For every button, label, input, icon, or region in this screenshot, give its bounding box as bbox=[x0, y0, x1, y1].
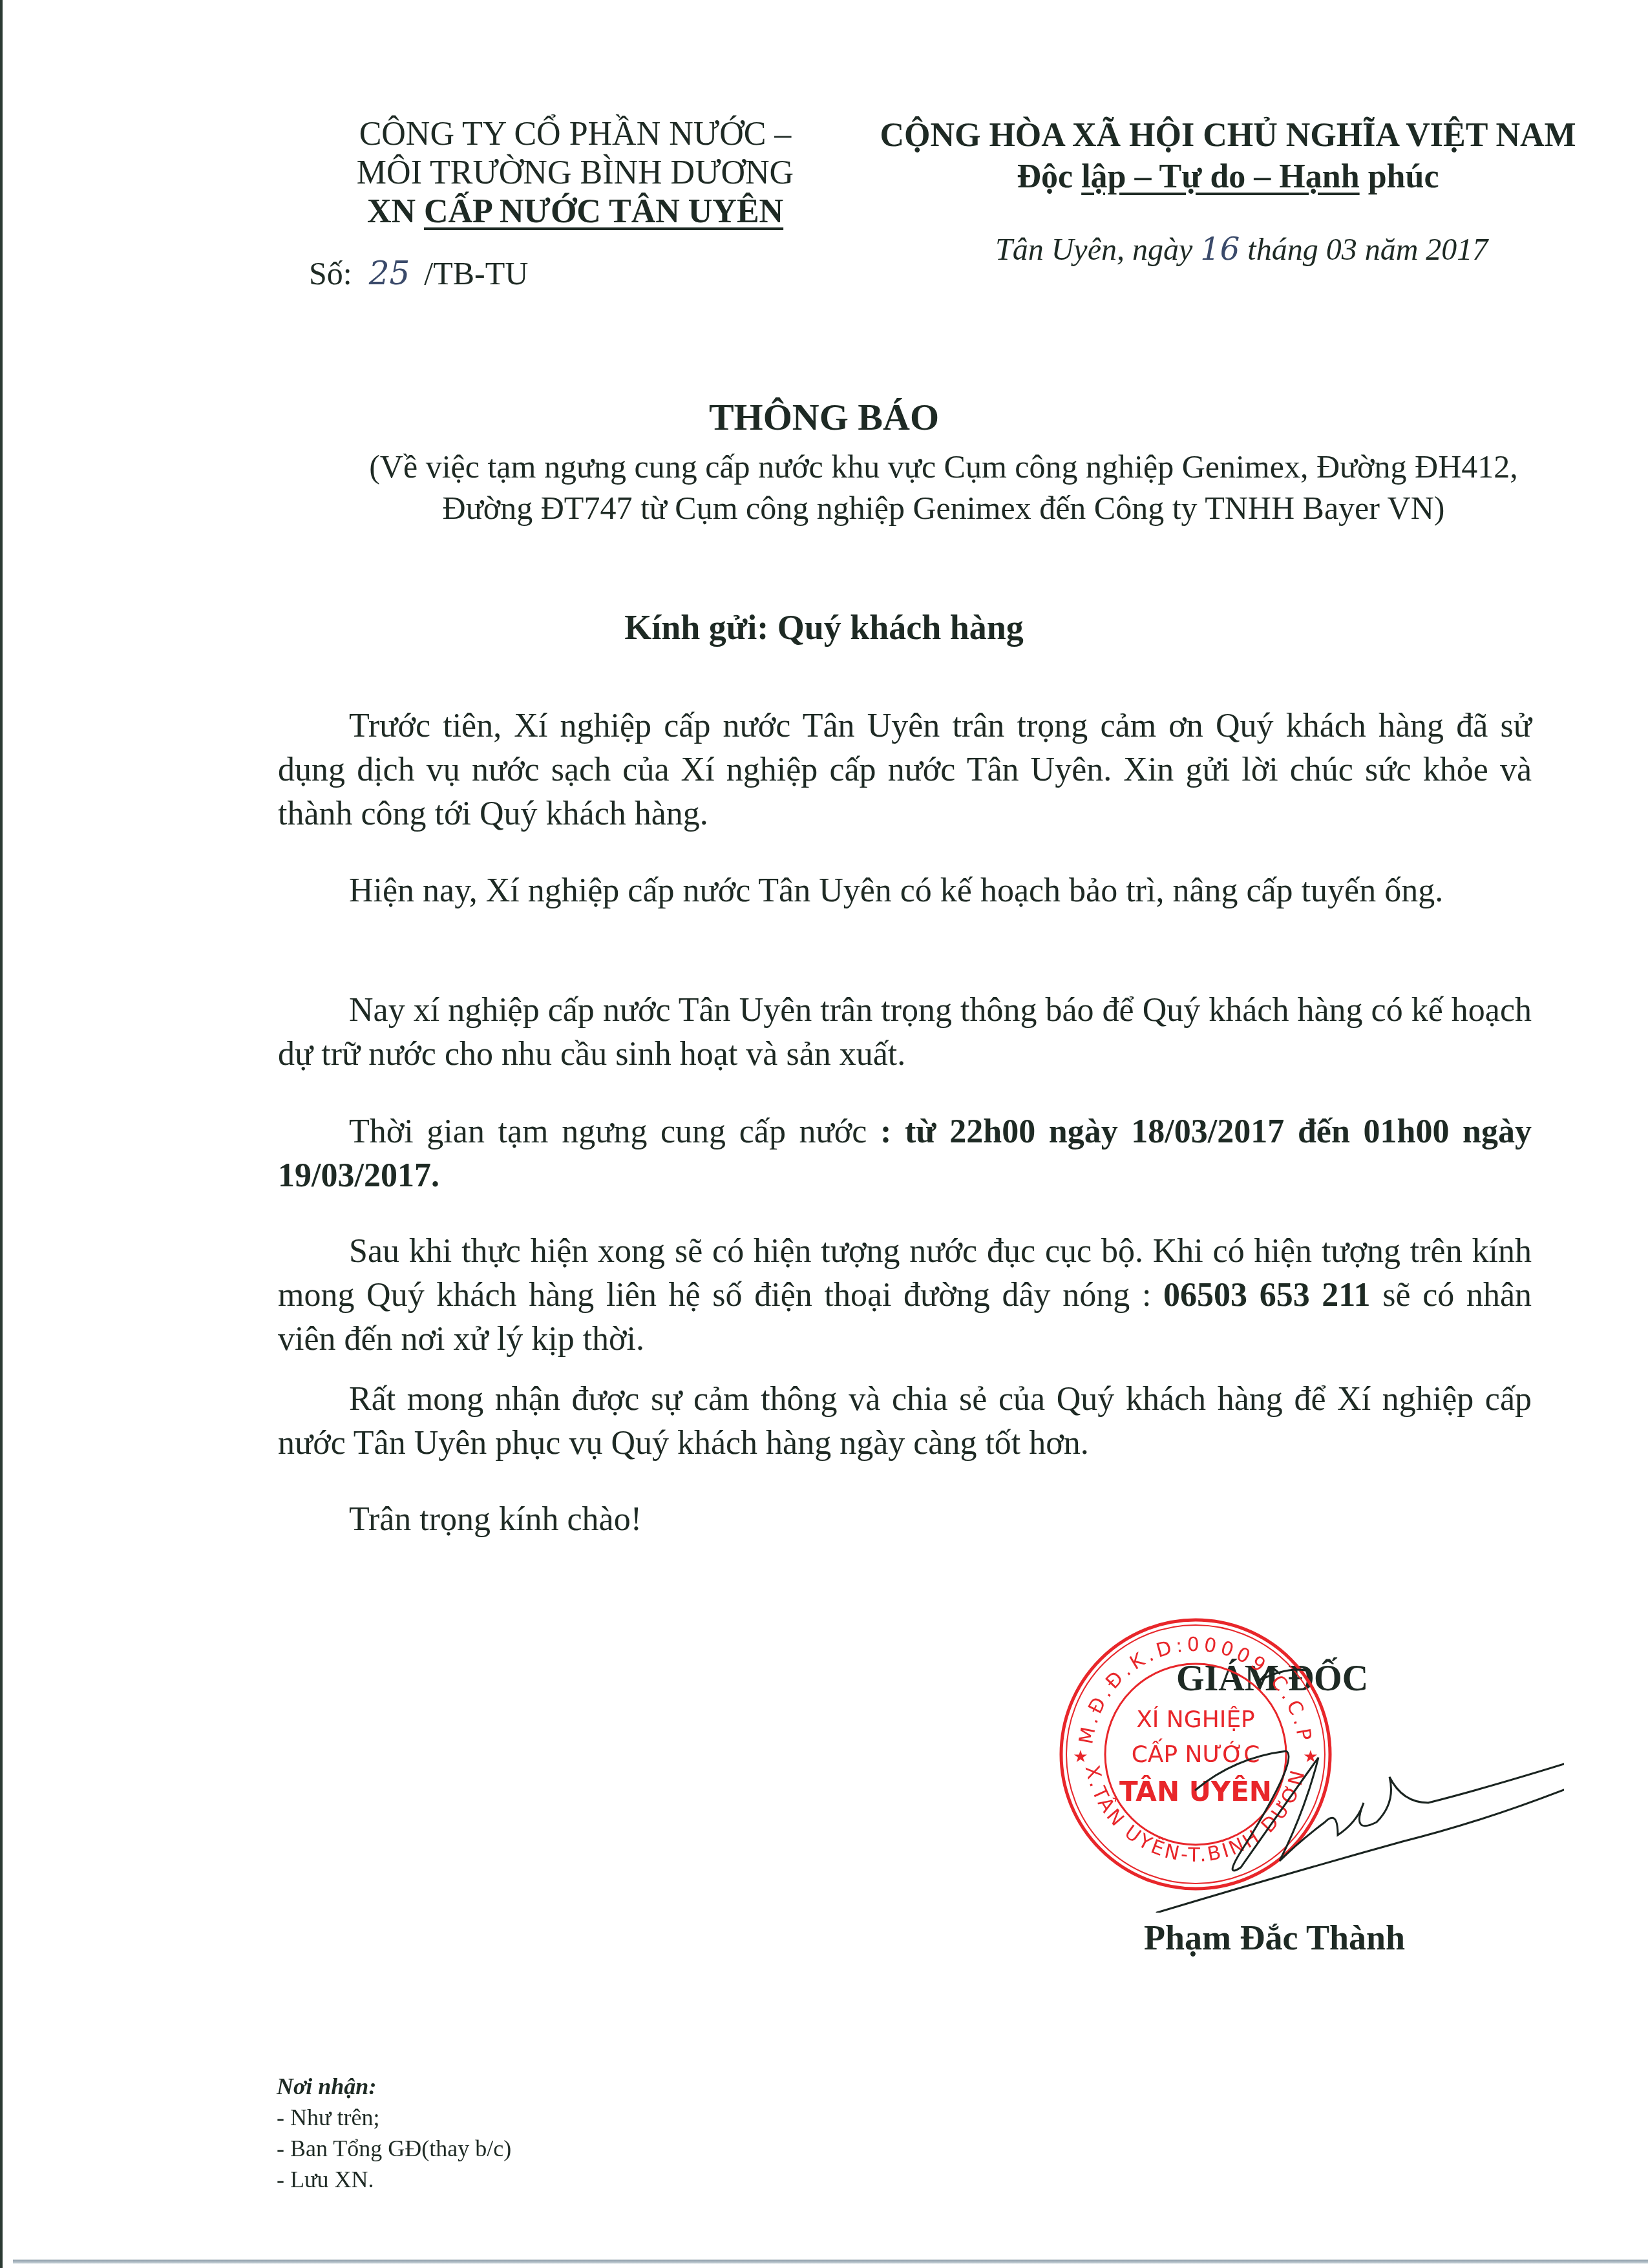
motto-suffix: phúc bbox=[1368, 158, 1439, 195]
salutation: Kính gửi: Quý khách hàng bbox=[0, 607, 1648, 647]
scan-edge-bottom bbox=[13, 2260, 1648, 2263]
closing-text: Trân trọng kính chào! bbox=[349, 1501, 642, 1538]
issuer-unit: XN CẤP NƯỚC TÂN UYÊN bbox=[349, 193, 801, 231]
date-prefix: Tân Uyên, ngày bbox=[995, 233, 1192, 267]
date-suffix: tháng 03 năm 2017 bbox=[1247, 233, 1488, 267]
paragraph-1: Trước tiên, Xí nghiệp cấp nước Tân Uyên … bbox=[278, 704, 1532, 836]
distribution-item: - Lưu XN. bbox=[277, 2164, 511, 2195]
paragraph-2-text: Hiện nay, Xí nghiệp cấp nước Tân Uyên có… bbox=[349, 872, 1443, 909]
closing: Trân trọng kính chào! bbox=[278, 1498, 1532, 1542]
paragraph-6: Rất mong nhận được sự cảm thông và chia … bbox=[278, 1378, 1532, 1465]
motto-prefix: Độc bbox=[1017, 158, 1073, 195]
motto-underlined: lập – Tự do – Hạnh bbox=[1081, 158, 1360, 195]
scan-edge-left bbox=[0, 0, 3, 2268]
handwritten-signature-icon bbox=[1092, 1628, 1564, 1913]
stamp-star-left-icon: ★ bbox=[1073, 1747, 1088, 1767]
paragraph-4-outage-time: Thời gian tạm ngưng cung cấp nước : từ 2… bbox=[278, 1110, 1532, 1198]
distribution-item: - Như trên; bbox=[277, 2102, 511, 2133]
outage-label: Thời gian tạm ngưng cung cấp nước bbox=[349, 1113, 867, 1150]
paragraph-1-text: Trước tiên, Xí nghiệp cấp nước Tân Uyên … bbox=[278, 708, 1532, 832]
document-number: Số:25/TB-TU bbox=[309, 255, 528, 292]
document-number-label: Số: bbox=[309, 255, 352, 291]
distribution-label: Nơi nhận: bbox=[277, 2071, 511, 2102]
national-header: CỘNG HÒA XÃ HỘI CHỦ NGHĨA VIỆT NAM Độc l… bbox=[860, 115, 1596, 198]
issuer-company-line2: MÔI TRƯỜNG BÌNH DƯƠNG bbox=[349, 154, 801, 193]
issuer-header: CÔNG TY CỔ PHẦN NƯỚC – MÔI TRƯỜNG BÌNH D… bbox=[349, 115, 801, 231]
paragraph-6-text: Rất mong nhận được sự cảm thông và chia … bbox=[278, 1381, 1532, 1462]
issuer-company-line1: CÔNG TY CỔ PHẦN NƯỚC – bbox=[349, 115, 801, 154]
paragraph-5-hotline: Sau khi thực hiện xong sẽ có hiện tượng … bbox=[278, 1230, 1532, 1361]
document-title: THÔNG BÁO bbox=[0, 395, 1648, 439]
date-day: 16 bbox=[1200, 231, 1240, 268]
document-number-value: 25 bbox=[369, 255, 410, 292]
signer-name: Phạm Đắc Thành bbox=[1144, 1918, 1405, 1958]
national-motto: Độc lập – Tự do – Hạnh phúc bbox=[860, 156, 1596, 198]
distribution-item: - Ban Tổng GĐ(thay b/c) bbox=[277, 2133, 511, 2164]
date-line: Tân Uyên, ngày 16 tháng 03 năm 2017 bbox=[995, 231, 1488, 268]
paragraph-2: Hiện nay, Xí nghiệp cấp nước Tân Uyên có… bbox=[278, 869, 1532, 913]
document-number-suffix: /TB-TU bbox=[424, 255, 528, 291]
document-subtitle: (Về việc tạm ngưng cung cấp nước khu vực… bbox=[323, 446, 1564, 529]
paragraph-3-text: Nay xí nghiệp cấp nước Tân Uyên trân trọ… bbox=[278, 992, 1532, 1073]
distribution-list: Nơi nhận: - Như trên; - Ban Tổng GĐ(thay… bbox=[277, 2071, 511, 2195]
issuer-unit-prefix: XN bbox=[367, 193, 416, 230]
issuer-unit-name: CẤP NƯỚC TÂN UYÊN bbox=[424, 193, 783, 230]
national-name: CỘNG HÒA XÃ HỘI CHỦ NGHĨA VIỆT NAM bbox=[860, 115, 1596, 156]
hotline-number: 06503 653 211 bbox=[1163, 1277, 1370, 1314]
paragraph-3: Nay xí nghiệp cấp nước Tân Uyên trân trọ… bbox=[278, 989, 1532, 1076]
